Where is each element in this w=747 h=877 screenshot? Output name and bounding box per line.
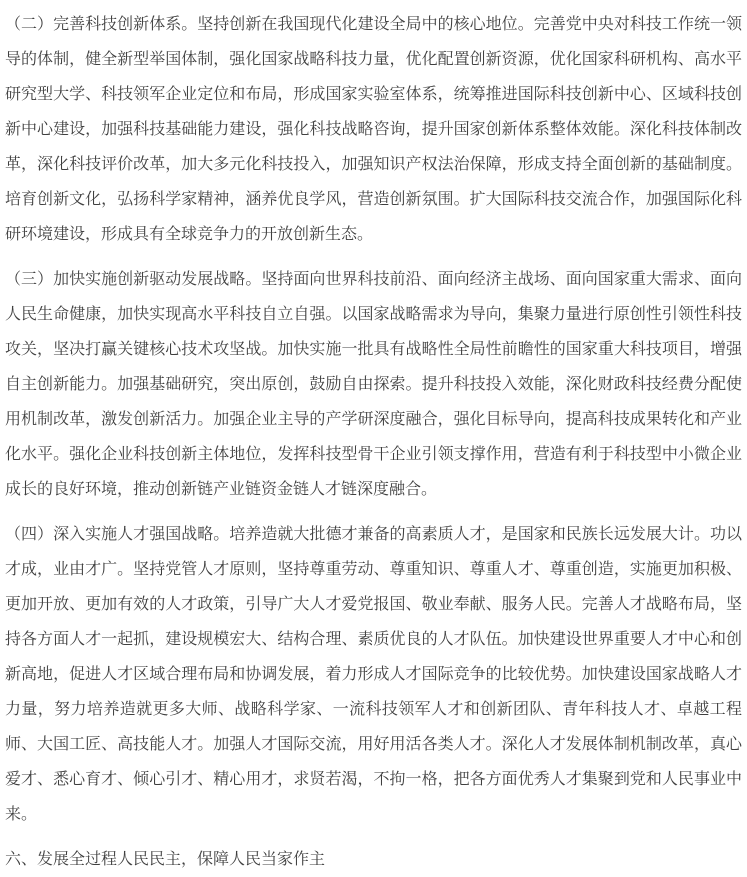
paragraph-innovation-driven-strategy: （三）加快实施创新驱动发展战略。坚持面向世界科技前沿、面向经济主战场、面向国家重… [5, 261, 742, 506]
document-page: （二）完善科技创新体系。坚持创新在我国现代化建设全局中的核心地位。完善党中央对科… [0, 0, 747, 877]
paragraph-talent-strategy: （四）深入实施人才强国战略。培养造就大批德才兼备的高素质人才，是国家和民族长远发… [5, 516, 742, 831]
section-heading-six-peoples-democracy: 六、发展全过程人民民主，保障人民当家作主 [5, 841, 742, 876]
paragraph-science-innovation-system: （二）完善科技创新体系。坚持创新在我国现代化建设全局中的核心地位。完善党中央对科… [5, 6, 742, 251]
